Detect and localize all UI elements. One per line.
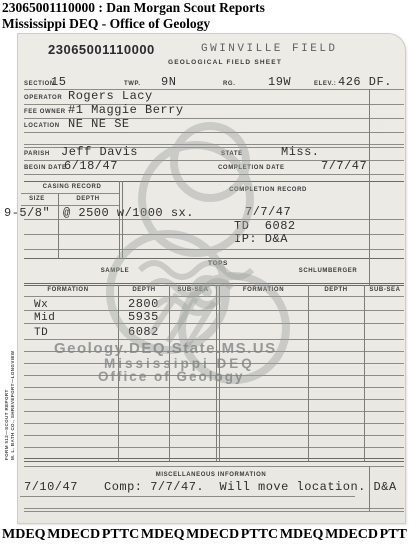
ruled-line (24, 351, 404, 352)
tops-formation: Wx (34, 299, 48, 311)
ruled-line (24, 387, 404, 388)
doc-footer: MDEQ MDECD PTTC MDEQ MDECD PTTC MDEQ MDE… (0, 527, 409, 543)
footer-watermark-item: MDEQ (141, 527, 185, 543)
misc-note: Comp: 7/7/47. Will move location. D&A (104, 480, 397, 494)
elev-value: 426 DF. (338, 75, 392, 89)
field-name: GWINVILLE FIELD (201, 43, 338, 55)
column-divider (219, 285, 220, 461)
ruled-line (24, 411, 404, 412)
footer-watermark-item: MDECD (47, 527, 100, 543)
watermark-url: Geology.DEQ.State.MS.US (54, 340, 277, 357)
section-divider-line (24, 458, 404, 459)
section-divider-line (24, 258, 404, 259)
footer-watermark-item: MDEQ (280, 527, 324, 543)
footer-watermark-item: MDECD (325, 527, 378, 543)
ruled-line (24, 466, 404, 467)
col-subsea-right: SUB-SEA (365, 287, 405, 293)
section-divider-line (24, 285, 404, 286)
col-depth-left: DEPTH (119, 287, 169, 293)
casing-size-header: SIZE (22, 196, 52, 202)
completion-record-title: COMPLETION RECORD (213, 187, 323, 193)
section-value: 15 (51, 75, 66, 89)
rg-label: RG. (223, 81, 235, 87)
section-divider-line (24, 461, 404, 462)
ruled-line (24, 174, 404, 175)
section-divider-line (24, 181, 404, 182)
ruled-line (20, 496, 355, 497)
column-divider (58, 194, 59, 258)
casing-depth-value: @ 2500 w/1000 sx. (63, 206, 194, 220)
footer-watermark-item: MDEQ (2, 527, 46, 543)
ruled-line (24, 310, 404, 311)
ruled-line (24, 363, 404, 364)
ruled-line (24, 234, 404, 235)
footer-watermark-item: PTTC (241, 527, 278, 543)
location-value: NE NE SE (68, 117, 130, 131)
col-subsea-left: SUB-SEA (170, 287, 216, 293)
operator-value: Rogers Lacy (68, 89, 153, 103)
column-divider (308, 285, 309, 461)
ruled-line (24, 339, 404, 340)
ruled-line (24, 375, 404, 376)
footer-watermark-item: PTT (380, 527, 407, 543)
misc-date: 7/10/47 (24, 480, 78, 494)
ruled-line (24, 511, 404, 512)
tops-depth: 5935 (128, 310, 159, 324)
tops-title: TOPS (188, 260, 248, 267)
ruled-line (24, 399, 404, 400)
tops-depth: 2800 (128, 297, 159, 311)
misc-title: MISCELLANEOUS INFORMATION (131, 472, 291, 478)
field-sheet-paper: Geology.DEQ.State.MS.US Mississippi DEQ … (17, 33, 406, 524)
ruled-line (21, 193, 119, 194)
column-divider (169, 285, 170, 461)
ruled-line (24, 132, 404, 133)
column-divider (364, 285, 365, 461)
ruled-line (24, 447, 404, 448)
ruled-line (24, 435, 404, 436)
scanned-document-page: 23065001110000 : Dan Morgan Scout Report… (0, 0, 409, 545)
operator-label: OPERATOR (24, 95, 62, 101)
parish-label: PARISH (24, 151, 50, 157)
casing-size-value: 9-5/8" (4, 206, 50, 220)
ruled-line (24, 423, 404, 424)
margin-column-divider (369, 89, 370, 285)
col-formation-right: FORMATION (219, 287, 308, 293)
completion-record-line: 7/7/47 (245, 205, 291, 219)
column-divider (216, 285, 217, 461)
completion-date-value: 7/7/47 (321, 159, 367, 173)
watermark-office: Office of Geology (98, 369, 245, 384)
ruled-line (24, 249, 404, 250)
form-printer-note-line: M. L. BATH CO., SHREVEPORT—LONGVIEW (10, 351, 16, 460)
well-number: 23065001110000 (48, 42, 155, 57)
doc-title: 23065001110000 : Dan Morgan Scout Report… (2, 0, 265, 16)
sheet-title: GEOLOGICAL FIELD SHEET (160, 59, 290, 66)
column-divider (118, 285, 119, 461)
fee-owner-label: FEE OWNER (24, 109, 66, 115)
fee-owner-value: #1 Maggie Berry (68, 103, 184, 117)
completion-record-line: IP: D&A (234, 232, 288, 246)
section-divider-line (24, 283, 404, 284)
doc-header: 23065001110000 : Dan Morgan Scout Report… (2, 0, 265, 32)
completion-record-line: TD 6082 (234, 219, 296, 233)
footer-watermark-item: MDECD (186, 527, 239, 543)
ruled-line (24, 508, 404, 509)
schlumberger-label: SCHLUMBERGER (268, 268, 388, 274)
sample-label: SAMPLE (75, 268, 155, 274)
ruled-line (24, 323, 404, 324)
col-formation-left: FORMATION (28, 287, 108, 293)
begin-date-value: 6/18/47 (64, 159, 118, 173)
location-label: LOCATION (24, 123, 60, 129)
form-printer-note: FORM 512—SCOUT REPORT M. L. BATH CO., SH… (4, 351, 16, 460)
tops-formation: Mid (34, 312, 55, 324)
col-depth-right: DEPTH (308, 287, 364, 293)
twp-value: 9N (161, 75, 176, 89)
begin-date-label: BEGIN DATE (24, 165, 67, 171)
footer-watermark-item: PTTC (102, 527, 139, 543)
parish-value: Jeff Davis (61, 145, 138, 159)
ruled-line (24, 296, 404, 297)
casing-record-title: CASING RECORD (32, 184, 112, 190)
state-label: STATE (221, 151, 243, 157)
doc-subtitle: Mississippi DEQ - Office of Geology (2, 16, 265, 32)
elev-label: ELEV.: (314, 81, 336, 87)
tops-depth: 6082 (128, 325, 159, 339)
twp-label: TWP. (124, 81, 141, 87)
casing-depth-header: DEPTH (66, 196, 110, 202)
completion-date-label: COMPLETION DATE (218, 165, 285, 171)
rg-value: 19W (268, 75, 291, 89)
state-value: Miss. (281, 145, 320, 159)
tops-formation: TD (34, 327, 48, 339)
